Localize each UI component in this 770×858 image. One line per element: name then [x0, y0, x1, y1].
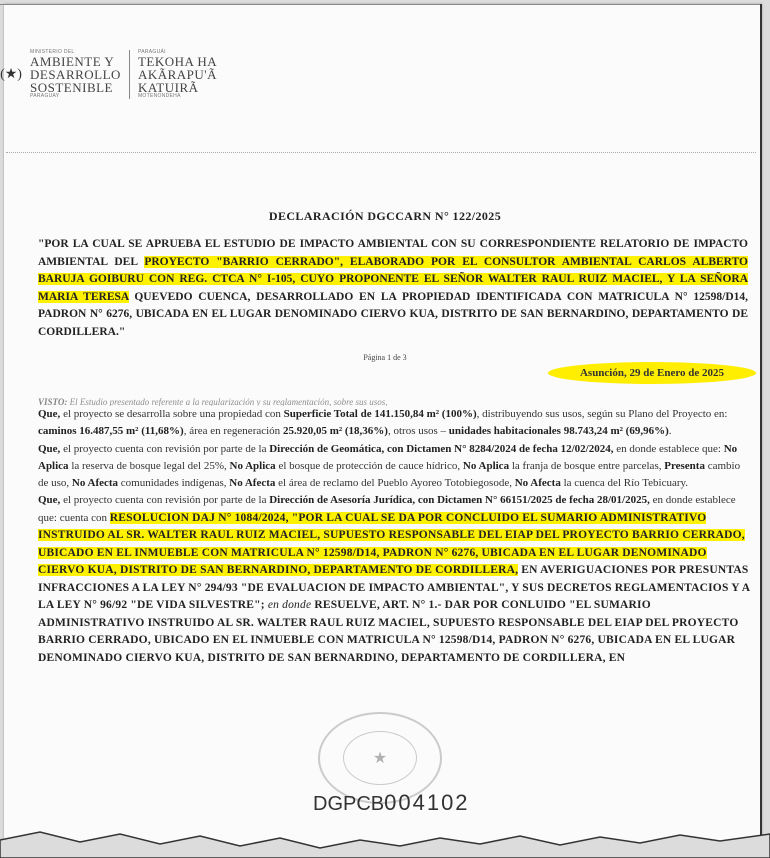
resolution-heading: "POR LA CUAL SE APRUEBA EL ESTUDIO DE IM… [38, 236, 748, 342]
bold: No Afecta [229, 477, 275, 489]
top-edge [0, 4, 760, 5]
text: el proyecto cuenta con revisión por part… [60, 443, 269, 455]
consideration-visto: VISTO: El Estudio presentado referente a… [38, 394, 750, 406]
text: comunidades indígenas, [118, 477, 229, 489]
text: el área de reclamo del Pueblo Ayoreo Tot… [275, 477, 514, 489]
text: la franja de bosque entre parcelas, [509, 460, 664, 472]
bold: caminos 16.487,55 m² (11,68%) [38, 425, 184, 437]
date-highlight: Asunción, 29 de Enero de 2025 [548, 362, 756, 384]
bold: Dirección de Geomática, con Dictamen N° … [269, 443, 613, 455]
bold: Superficie Total de 141.150,84 m² (100%) [284, 408, 477, 420]
torn-edge [0, 818, 770, 858]
doc-number-value: 004102 [384, 790, 469, 815]
document-date: Asunción, 29 de Enero de 2025 [580, 367, 724, 379]
bold: unidades habitacionales 98.743,24 m² (69… [449, 425, 669, 437]
text: el proyecto cuenta con revisión por part… [60, 494, 269, 506]
text: . [669, 425, 672, 437]
text: la cuenca del Río Tebicuary. [561, 477, 688, 489]
resolution-connector: en donde [268, 599, 311, 611]
bold: Presenta [664, 460, 705, 472]
text: El Estudio presentado referente a la reg… [67, 397, 387, 406]
resolution-text-post: QUEVEDO CUENCA, DESARROLLADO EN LA PROPI… [38, 291, 748, 338]
text: , distribuyendo sus usos, según su Plano… [477, 408, 728, 420]
text: en donde establece que: [613, 443, 723, 455]
bold: No Aplica [230, 460, 276, 472]
text: el proyecto se desarrolla sobre una prop… [60, 408, 283, 420]
lead: Que, [38, 443, 60, 455]
text: , otros usos – [388, 425, 449, 437]
doc-prefix: DGPCB [313, 793, 384, 815]
consideration-juridica: Que, el proyecto cuenta con revisión por… [38, 492, 750, 667]
consideration-geomatica: Que, el proyecto cuenta con revisión por… [38, 441, 750, 493]
bold: No Afecta [72, 477, 118, 489]
bold: No Afecta [515, 477, 561, 489]
star-seal-icon: (★) [0, 55, 22, 95]
text: la reserva de bosque legal del 25%, [69, 460, 230, 472]
bold: 25.920,05 m² (18,36%) [283, 425, 388, 437]
header-divider [6, 152, 756, 153]
lead: Que, [38, 408, 60, 420]
guarani-bottom-label: MOTENONDEHA [138, 94, 217, 99]
bold: Dirección de Asesoría Jurídica, con Dict… [269, 494, 650, 506]
consideration-surface: Que, el proyecto se desarrolla sobre una… [38, 406, 750, 441]
document-title: DECLARACIÓN DGCCARN N° 122/2025 [0, 209, 770, 224]
text: , área en regeneración [184, 425, 283, 437]
letterhead-left: MINISTERIO DEL AMBIENTE Y DESARROLLO SOS… [22, 50, 129, 99]
document-number: DGPCB004102 [313, 790, 470, 816]
lead: Que, [38, 494, 60, 506]
letterhead-right: PARAGUÁI TEKOHA HA AKÃRAPU'Ã KATUIRÃ MOT… [129, 50, 225, 99]
text: el bosque de protección de cauce hídrico… [276, 460, 463, 472]
considerations: VISTO: El Estudio presentado referente a… [38, 394, 750, 667]
page-label: Página 1 de 3 [0, 353, 770, 362]
letterhead: (★) MINISTERIO DEL AMBIENTE Y DESARROLLO… [0, 50, 225, 99]
lead: VISTO: [38, 397, 67, 406]
bold: No Aplica [463, 460, 509, 472]
